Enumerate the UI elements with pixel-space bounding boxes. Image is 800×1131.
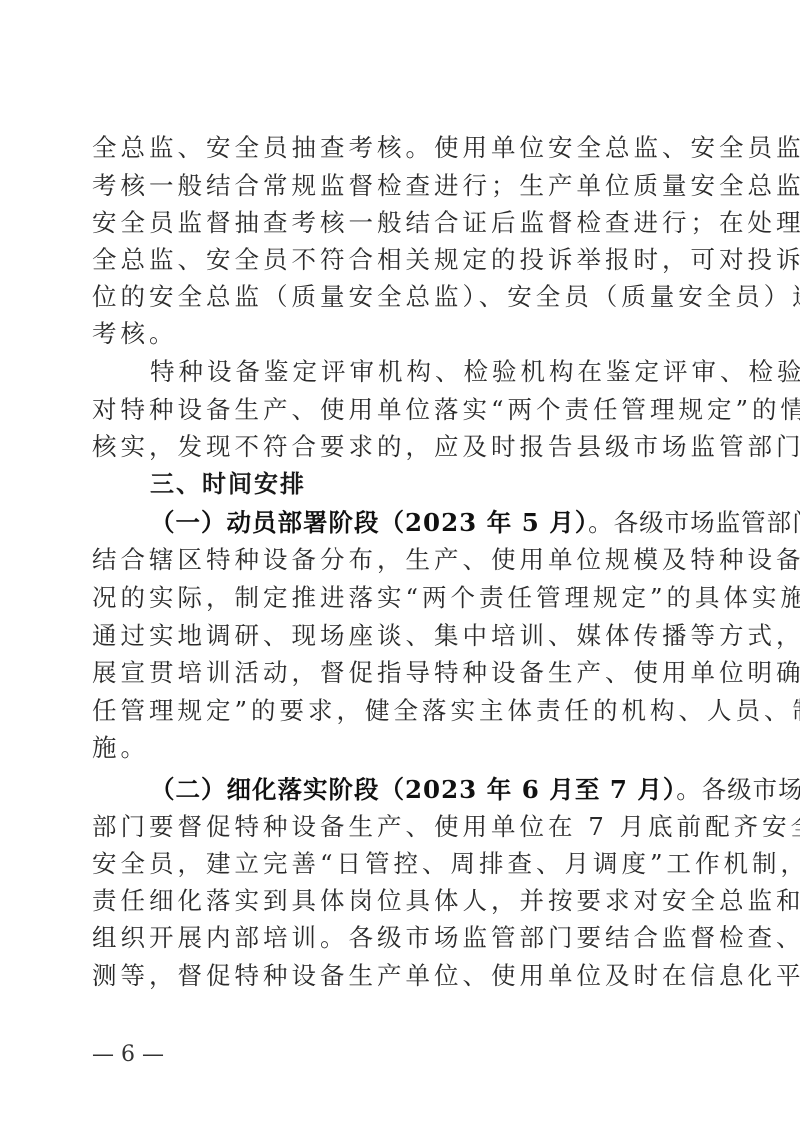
stage-1-first-line: （一）动员部署阶段（2023 年 5 月）。各级市场监管部门要 xyxy=(150,508,696,538)
paragraph-2-line-1: 特种设备鉴定评审机构、检验机构在鉴定评审、检验时，应 xyxy=(150,357,696,387)
stage-2-line-5: 组织开展内部培训。各级市场监管部门要结合监督检查、检验检 xyxy=(92,923,696,953)
stage-2-line-2: 部门要督促特种设备生产、使用单位在 7 月底前配齐安全总监和 xyxy=(92,812,696,842)
stage-1-line-5: 展宣贯培训活动，督促指导特种设备生产、使用单位明确“两个责 xyxy=(92,658,696,688)
stage-1-line-7: 施。 xyxy=(92,733,696,763)
paragraph-2-line-3: 核实，发现不符合要求的，应及时报告县级市场监管部门。 xyxy=(92,432,696,462)
stage-2-first-line-text: 。各级市场监管 xyxy=(676,775,800,804)
stage-1-line-3: 况的实际，制定推进落实“两个责任管理规定”的具体实施方案， xyxy=(92,583,696,613)
paragraph-1-line-6: 考核。 xyxy=(92,319,696,349)
paragraph-1-line-3: 安全员监督抽查考核一般结合证后监督检查进行；在处理涉及安 xyxy=(92,208,696,238)
stage-1-line-4: 通过实地调研、现场座谈、集中培训、媒体传播等方式，广泛开 xyxy=(92,621,696,651)
document-page: 全总监、安全员抽查考核。使用单位安全总监、安全员监督抽查 考核一般结合常规监督检… xyxy=(0,0,800,1131)
paragraph-1-line-4: 全总监、安全员不符合相关规定的投诉举报时，可对投诉举报单 xyxy=(92,245,696,275)
paragraph-1-line-5: 位的安全总监（质量安全总监）、安全员（质量安全员）进行抽查 xyxy=(92,282,696,312)
stage-1-line-2: 结合辖区特种设备分布，生产、使用单位规模及特种设备安全状 xyxy=(92,545,696,575)
section-heading: 三、时间安排 xyxy=(150,469,306,499)
stage-2-first-line: （二）细化落实阶段（2023 年 6 月至 7 月）。各级市场监管 xyxy=(150,775,696,805)
stage-2-title: （二）细化落实阶段（2023 年 6 月至 7 月） xyxy=(150,775,676,804)
page-number: — 6 — xyxy=(92,1040,164,1070)
stage-2-line-3: 安全员，建立完善“日管控、周排查、月调度”工作机制，将管理 xyxy=(92,849,696,879)
stage-1-title: （一）动员部署阶段（2023 年 5 月） xyxy=(150,508,588,537)
stage-2-line-6: 测等，督促特种设备生产单位、使用单位及时在信息化平台填报 xyxy=(92,961,696,991)
paragraph-2-line-2: 对特种设备生产、使用单位落实“两个责任管理规定”的情况进行 xyxy=(92,395,696,425)
stage-1-first-line-text: 。各级市场监管部门要 xyxy=(588,508,800,537)
paragraph-1-line-1: 全总监、安全员抽查考核。使用单位安全总监、安全员监督抽查 xyxy=(92,133,696,163)
stage-1-line-6: 任管理规定”的要求，健全落实主体责任的机构、人员、制度和措 xyxy=(92,696,696,726)
stage-2-line-4: 责任细化落实到具体岗位具体人，并按要求对安全总监和安全员 xyxy=(92,886,696,916)
paragraph-1-line-2: 考核一般结合常规监督检查进行；生产单位质量安全总监、质量 xyxy=(92,171,696,201)
